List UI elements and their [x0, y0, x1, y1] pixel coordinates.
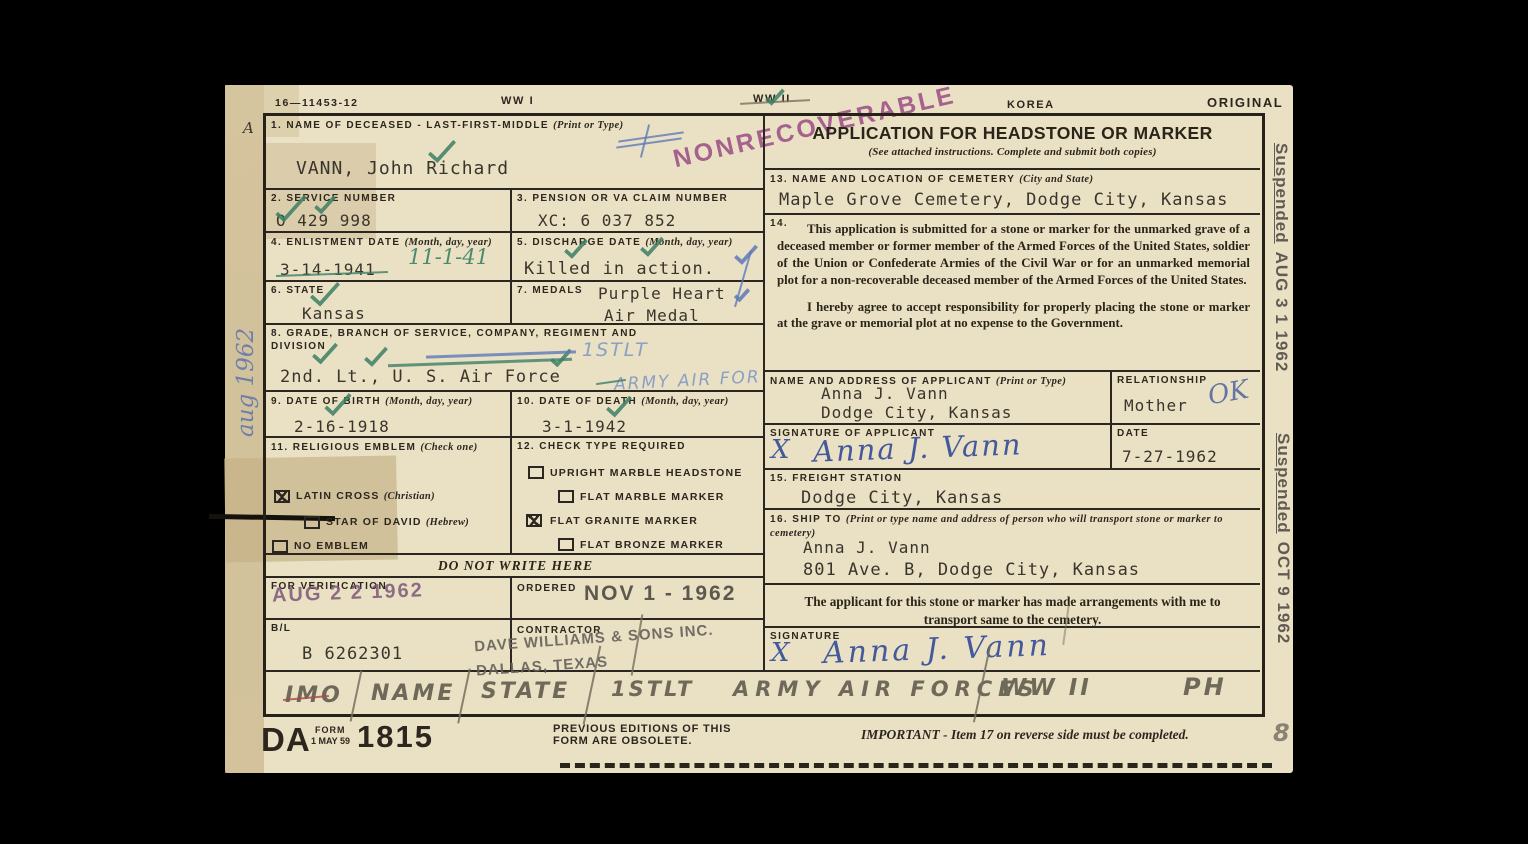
- grade-value: 2nd. Lt., U. S. Air Force: [280, 367, 561, 387]
- option-label: LATIN CROSS: [296, 490, 384, 502]
- field-signature-of-applicant: SIGNATURE OF APPLICANT X Anna J. Vann: [765, 425, 1112, 470]
- margin-a-mark: A: [243, 119, 254, 137]
- pencil-slash: [631, 614, 644, 675]
- field-label: 16. SHIP TO: [770, 514, 846, 525]
- field-label-italic: (Print or Type): [553, 120, 623, 131]
- field-date-of-birth: 9. DATE OF BIRTH (Month, day, year) 2-16…: [266, 392, 512, 438]
- applicant-address: Dodge City, Kansas: [821, 403, 1012, 422]
- freight-station-value: Dodge City, Kansas: [801, 488, 1003, 508]
- da-label: DA: [261, 721, 311, 759]
- form-date: 1 MAY 59: [311, 736, 350, 746]
- checkbox-latin-cross: [274, 490, 290, 503]
- medal-value-2: Air Medal: [604, 306, 700, 325]
- discharge-value: Killed in action.: [524, 259, 715, 279]
- print-code: 16—11453-12: [275, 97, 359, 109]
- form-title-box: APPLICATION FOR HEADSTONE OR MARKER (See…: [765, 116, 1260, 170]
- option-label-italic: (Christian): [384, 491, 435, 502]
- field-label: 1. NAME OF DECEASED - LAST-FIRST-MIDDLE: [271, 120, 553, 131]
- option-label: FLAT BRONZE MARKER: [580, 539, 724, 551]
- field-medals: 7. MEDALS Purple Heart Air Medal: [512, 282, 765, 325]
- cemetery-value: Maple Grove Cemetery, Dodge City, Kansas: [779, 190, 1228, 210]
- checkbox-flat-bronze: [558, 538, 574, 551]
- field-label: B/L: [266, 620, 510, 636]
- note-ph: PH: [1183, 673, 1227, 701]
- transport-statement-box: The applicant for this stone or marker h…: [765, 585, 1260, 628]
- field-ordered: ORDERED NOV 1 - 1962: [512, 578, 765, 620]
- option-label: FLAT GRANITE MARKER: [550, 515, 698, 527]
- grade-annotation-army-air: ARMY AIR FOR: [614, 367, 762, 395]
- option-label: NO EMBLEM: [294, 540, 369, 552]
- option-label-italic: (Hebrew): [426, 517, 469, 528]
- field-name-of-deceased: 1. NAME OF DECEASED - LAST-FIRST-MIDDLE …: [266, 116, 765, 190]
- note-state: STATE: [481, 679, 570, 704]
- field-label-italic: (Print or Type): [996, 376, 1066, 387]
- obsolete-note-1: PREVIOUS EDITIONS OF THIS: [553, 723, 731, 735]
- state-value: Kansas: [302, 304, 366, 323]
- margin-aug-note: aug 1962: [233, 328, 259, 437]
- relationship-ok-note: OK: [1206, 375, 1251, 412]
- field-contractor: CONTRACTOR DAVE WILLIAMS & SONS INC. DAL…: [512, 620, 765, 672]
- checkbox-flat-granite: [526, 514, 542, 527]
- transporter-signature: Anna J. Vann: [822, 628, 1051, 671]
- header-original: ORIGINAL: [1207, 95, 1283, 110]
- suspended-word: Suspended: [1272, 143, 1291, 244]
- suspended-stamp-oct: SuspendedOCT 9 1962: [1273, 433, 1293, 644]
- note-1stlt: 1STLT: [611, 677, 694, 701]
- green-strike: [388, 358, 572, 367]
- ordered-date-stamp: NOV 1 - 1962: [584, 582, 736, 606]
- bl-value: B 6262301: [302, 644, 403, 664]
- field-signature: SIGNATURE X Anna J. Vann: [765, 628, 1260, 672]
- grade-annotation-1stlt: 1STLT: [582, 339, 649, 361]
- field-label: 11. RELIGIOUS EMBLEM: [271, 442, 420, 453]
- field-service-number: 2. SERVICE NUMBER O 429 998: [266, 190, 512, 233]
- ship-to-address: 801 Ave. B, Dodge City, Kansas: [803, 560, 1140, 580]
- field-label: 6. STATE: [266, 282, 510, 298]
- do-not-write-label: DO NOT WRITE HERE: [266, 555, 765, 574]
- field-label-italic: (City and State): [1019, 174, 1093, 185]
- date-value: 7-27-1962: [1122, 447, 1218, 466]
- field-label: 15. FREIGHT STATION: [765, 470, 1260, 486]
- field-label: 3. PENSION OR VA CLAIM NUMBER: [512, 190, 765, 206]
- form-word: FORM: [315, 725, 346, 735]
- field-label-italic: (Month, day, year): [385, 396, 472, 407]
- note-wwii: WW II: [1001, 675, 1092, 701]
- do-not-write-band: DO NOT WRITE HERE: [266, 555, 765, 578]
- death-date-value: 3-1-1942: [542, 417, 627, 436]
- suspended-date-2: OCT 9 1962: [1274, 542, 1293, 645]
- checkbox-no-emblem: [272, 540, 288, 553]
- field-certification-text: 14. This application is submitted for a …: [765, 215, 1260, 372]
- header-korea: KOREA: [1007, 99, 1055, 111]
- verification-date-stamp: AUG 2 2 1962: [272, 579, 425, 607]
- field-date: DATE 7-27-1962: [1112, 425, 1260, 470]
- certification-paragraph-2: I hereby agree to accept responsibility …: [765, 289, 1260, 333]
- form-border: 1. NAME OF DECEASED - LAST-FIRST-MIDDLE …: [263, 113, 1265, 717]
- form-title: APPLICATION FOR HEADSTONE OR MARKER: [765, 116, 1260, 144]
- applicant-signature: Anna J. Vann: [812, 427, 1023, 468]
- pension-number-value: XC: 6 037 852: [538, 211, 676, 230]
- field-date-of-death: 10. DATE OF DEATH (Month, day, year) 3-1…: [512, 392, 765, 438]
- suspended-stamp-aug: SuspendedAUG 3 1 1962: [1271, 143, 1291, 372]
- field-label-italic: (Check one): [420, 442, 477, 453]
- option-label: UPRIGHT MARBLE HEADSTONE: [550, 467, 743, 479]
- perforation-line: [560, 763, 1272, 768]
- note-army-air-forces: ARMY AIR FORCES: [733, 677, 1040, 701]
- enlistment-annotation: 11-1-41: [408, 245, 489, 269]
- checkbox-flat-marble: [558, 490, 574, 503]
- field-freight-station: 15. FREIGHT STATION Dodge City, Kansas: [765, 470, 1260, 510]
- scanned-form-paper: 16—11453-12 WW I WW II KOREA ORIGINAL NO…: [225, 85, 1293, 773]
- note-name: NAME: [371, 681, 455, 706]
- form-subtitle: (See attached instructions. Complete and…: [765, 144, 1260, 158]
- suspended-word-2: Suspended: [1274, 433, 1293, 534]
- field-discharge-date: 5. DISCHARGE DATE (Month, day, year) Kil…: [512, 233, 765, 282]
- page-number: 8: [1273, 719, 1293, 747]
- suspended-date: AUG 3 1 1962: [1272, 252, 1291, 373]
- field-label: 13. NAME AND LOCATION OF CEMETERY: [770, 174, 1019, 185]
- field-applicant: NAME AND ADDRESS OF APPLICANT (Print or …: [765, 372, 1112, 425]
- header-ww1: WW I: [501, 95, 534, 107]
- field-grade-branch: 8. GRADE, BRANCH OF SERVICE, COMPANY, RE…: [266, 325, 765, 392]
- applicant-name: Anna J. Vann: [821, 384, 949, 403]
- field-cemetery: 13. NAME AND LOCATION OF CEMETERY (City …: [765, 170, 1260, 215]
- form-number: 1815: [357, 719, 434, 755]
- signature2-x: X: [771, 638, 790, 668]
- field-label: ORDERED: [512, 580, 581, 596]
- field-label: 4. ENLISTMENT DATE: [271, 237, 405, 248]
- option-label: FLAT MARBLE MARKER: [580, 491, 724, 503]
- checkbox-upright-marble: [528, 466, 544, 479]
- important-note: IMPORTANT - Item 17 on reverse side must…: [861, 727, 1189, 743]
- medal-value-1: Purple Heart: [598, 284, 726, 303]
- field-label-italic: (Month, day, year): [641, 396, 728, 407]
- field-for-verification: FOR VERIFICATION AUG 2 2 1962: [266, 578, 512, 620]
- field-check-type-required: 12. CHECK TYPE REQUIRED UPRIGHT MARBLE H…: [512, 438, 765, 555]
- scan-background: 16—11453-12 WW I WW II KOREA ORIGINAL NO…: [0, 0, 1528, 844]
- relationship-value: Mother: [1124, 396, 1188, 415]
- ship-to-name: Anna J. Vann: [803, 538, 931, 557]
- birth-date-value: 2-16-1918: [294, 417, 390, 436]
- transport-statement: The applicant for this stone or marker h…: [765, 585, 1260, 629]
- certification-paragraph-1: This application is submitted for a ston…: [765, 215, 1260, 289]
- field-ship-to: 16. SHIP TO (Print or type name and addr…: [765, 510, 1260, 585]
- field-state: 6. STATE Kansas: [266, 282, 512, 325]
- item-14-number: 14.: [765, 215, 792, 231]
- field-label: 12. CHECK TYPE REQUIRED: [512, 438, 765, 454]
- checkbox-star-of-david: [304, 516, 320, 529]
- obsolete-note-2: FORM ARE OBSOLETE.: [553, 735, 692, 747]
- field-relationship: RELATIONSHIP Mother OK: [1112, 372, 1260, 425]
- field-label: DATE: [1112, 425, 1260, 441]
- field-pension-number: 3. PENSION OR VA CLAIM NUMBER XC: 6 037 …: [512, 190, 765, 233]
- field-religious-emblem: 11. RELIGIOUS EMBLEM (Check one) LATIN C…: [266, 438, 512, 555]
- signature-x: X: [771, 435, 790, 465]
- field-enlistment-date: 4. ENLISTMENT DATE (Month, day, year) 3-…: [266, 233, 512, 282]
- option-label: STAR OF DAVID: [326, 516, 426, 528]
- deceased-name-value: VANN, John Richard: [296, 158, 509, 179]
